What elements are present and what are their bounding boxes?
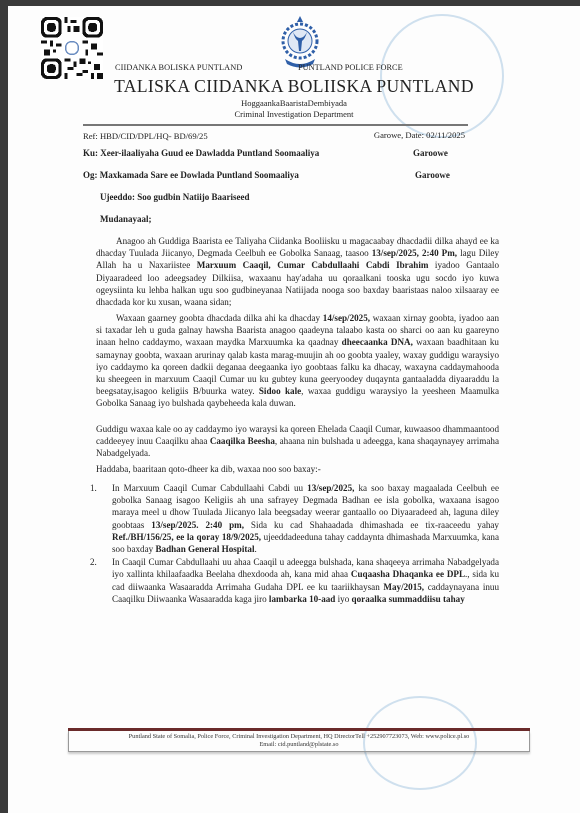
addressee-city: Garoowe [413,148,448,158]
footer-contact: Puntland State of Somalia, Police Force,… [68,733,530,740]
header-subtitle: HoggaankaBaaristaDembiyada [8,98,580,108]
salutation: Mudanayaal; [100,214,152,224]
header-left-org: CIIDANKA BOLISKA PUNTLAND [115,63,242,72]
header-department: Criminal Investigation Department [8,109,580,119]
finding-number: 1. [90,482,112,555]
header-right-org: PUNTLAND POLICE FORCE [298,63,403,72]
findings-list: 1. In Marxuum Caaqil Cumar Cabdullaahi C… [90,482,499,605]
qr-code-icon [41,16,103,80]
finding-number: 2. [90,556,112,605]
document-page: CIIDANKA BOLISKA PUNTLAND PUNTLAND POLIC… [8,6,580,813]
paragraph-family-testimony: Guddigu waxaa kale oo ay caddaymo iyo wa… [96,423,499,460]
cc-city: Garoowe [415,170,450,180]
carbon-copy: Og: Maxkamada Sare ee Dowlada Puntland S… [83,170,299,180]
finding-item: 2. In Caaqil Cumar Cabdullaahi uu ahaa C… [90,556,499,605]
finding-text: In Caaqil Cumar Cabdullaahi uu ahaa Caaq… [112,556,499,605]
header-title: TALISKA CIIDANKA BOLIISKA PUNTLAND [8,76,580,97]
paragraph-intro: Anagoo ah Guddiga Baarista ee Taliyaha C… [96,235,499,308]
letter-date: Garowe, Date: 02/11/2025 [374,130,465,140]
header-divider [83,124,468,126]
footer-email: Email: cid.puntland@plstate.so [68,741,530,748]
paragraph-investigation: Waxaan gaarney goobta dhacdada dilka ahi… [96,312,499,410]
subject-line: Ujeeddo: Soo gudbin Natiijo Baariseed [100,192,250,202]
addressee: Ku: Xeer-ilaaliyaha Guud ee Dawladda Pun… [83,148,319,158]
paragraph-findings-intro: Haddaba, baaritaan qoto-dheer ka dib, wa… [96,463,499,475]
reference-number: Ref: HBD/CID/DPL/HQ- BD/69/25 [83,131,208,141]
finding-item: 1. In Marxuum Caaqil Cumar Cabdullaahi C… [90,482,499,555]
finding-text: In Marxuum Caaqil Cumar Cabdullaahi Cabd… [112,482,499,555]
